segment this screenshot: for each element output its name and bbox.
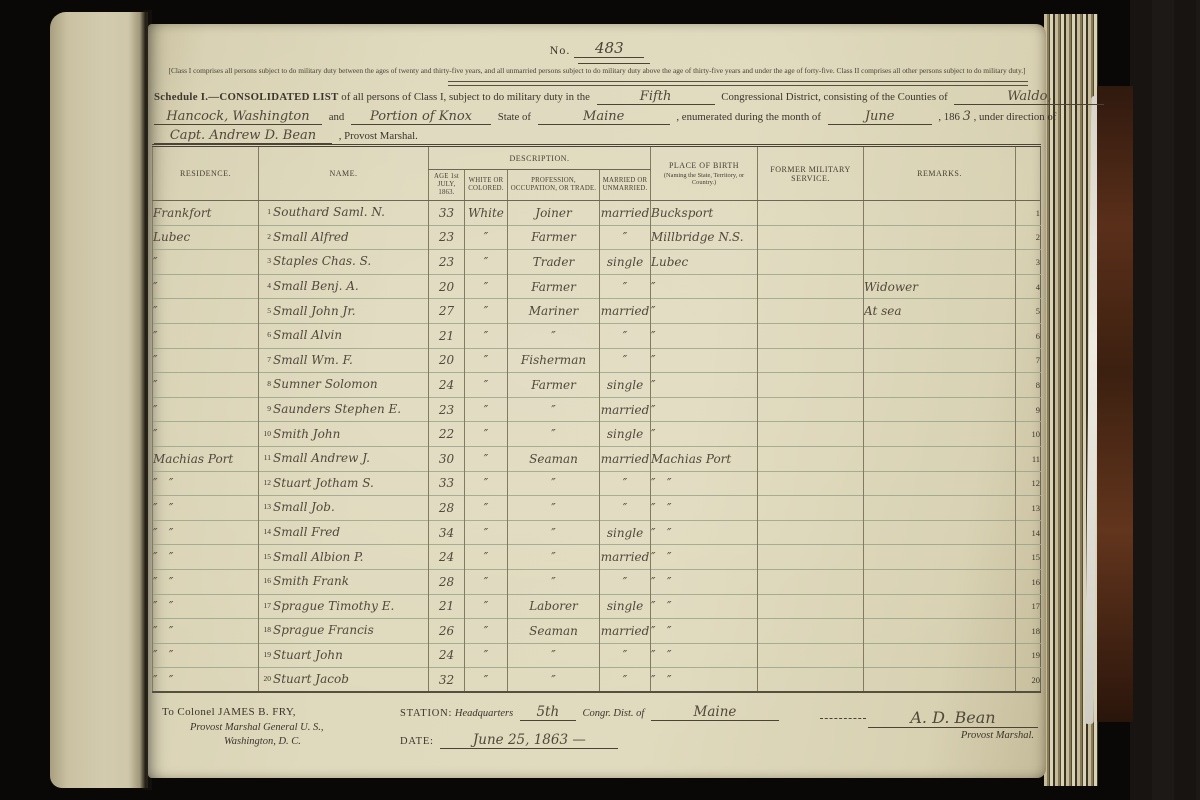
book-cover-shadow [1130, 0, 1200, 800]
station-state-handwritten: Maine [651, 704, 779, 721]
color-cell: ″ [465, 496, 508, 521]
rownum-cell: 4 [1016, 274, 1041, 299]
roster-table-wrap: RESIDENCE. NAME. DESCRIPTION. PLACE OF B… [152, 144, 1042, 693]
rownum-cell: 16 [1016, 569, 1041, 594]
name-cell: 11Small Andrew J. [259, 446, 429, 471]
row-number-prefix: 7 [259, 355, 271, 364]
roster-row: ″ ″18Sprague Francis26″Seamanmarried″ ″1… [153, 619, 1041, 644]
married-cell: ″ [600, 643, 651, 668]
date-handwritten: June 25, 1863 — [440, 732, 618, 749]
roster-row: ″ ″19Stuart John24″″″″ ″19 [153, 643, 1041, 668]
roster-row: ″10Smith John22″″single″10 [153, 422, 1041, 447]
date-line: DATE: June 25, 1863 — [400, 732, 622, 749]
married-cell: ″ [600, 274, 651, 299]
military-cell [758, 348, 864, 373]
age-cell: 22 [429, 422, 465, 447]
roster-row: ″4Small Benj. A.20″Farmer″″Widower4 [153, 274, 1041, 299]
row-number-prefix: 13 [259, 502, 271, 511]
rownum-cell: 17 [1016, 594, 1041, 619]
birthplace-cell: ″ [651, 373, 758, 398]
age-cell: 23 [429, 225, 465, 250]
date-label: DATE: [400, 736, 434, 747]
signature-block: A. D. Bean Provost Marshal. [794, 708, 1038, 741]
married-cell: single [600, 422, 651, 447]
birthplace-cell: ″ [651, 397, 758, 422]
provost-marshal-label: , Provost Marshal. [339, 130, 418, 142]
profession-cell: ″ [508, 496, 600, 521]
residence-cell: ″ [153, 348, 259, 373]
roster-row: ″ ″13Small Job.28″″″″ ″13 [153, 496, 1041, 521]
military-cell [758, 643, 864, 668]
residence-cell: ″ ″ [153, 520, 259, 545]
and-label: and [329, 111, 345, 123]
name-cell: 18Sprague Francis [259, 619, 429, 644]
profession-cell: Laborer [508, 594, 600, 619]
name-text: Small Albion P. [273, 550, 364, 564]
married-cell: ″ [600, 471, 651, 496]
name-cell: 10Smith John [259, 422, 429, 447]
color-cell: ″ [465, 619, 508, 644]
age-cell: 32 [429, 668, 465, 693]
signature-title: Provost Marshal. [794, 730, 1034, 741]
profession-cell: Farmer [508, 274, 600, 299]
schedule-title: Schedule I.—CONSOLIDATED LIST [154, 91, 339, 103]
roster-table: RESIDENCE. NAME. DESCRIPTION. PLACE OF B… [152, 144, 1041, 693]
military-cell [758, 594, 864, 619]
residence-cell: ″ [153, 250, 259, 275]
age-cell: 24 [429, 643, 465, 668]
book-cover-strip [1097, 86, 1133, 722]
name-cell: 16Smith Frank [259, 569, 429, 594]
counties-handwritten: Hancock, Washington [154, 110, 322, 125]
name-text: Sumner Solomon [273, 377, 378, 391]
name-cell: 17Sprague Timothy E. [259, 594, 429, 619]
roster-row: ″7Small Wm. F.20″Fisherman″″7 [153, 348, 1041, 373]
age-cell: 34 [429, 520, 465, 545]
state-handwritten: Maine [538, 110, 670, 125]
name-cell: 9Saunders Stephen E. [259, 397, 429, 422]
schedule-text-1: of all persons of Class I, subject to do… [341, 91, 590, 103]
name-cell: 12Stuart Jotham S. [259, 471, 429, 496]
no-underline [578, 63, 651, 64]
name-text: Stuart John [273, 648, 343, 662]
age-cell: 26 [429, 619, 465, 644]
name-text: Southard Saml. N. [273, 205, 385, 219]
name-text: Smith John [273, 427, 340, 441]
decorative-double-rule [448, 81, 1028, 86]
col-header-residence: RESIDENCE. [153, 146, 259, 201]
color-cell: ″ [465, 250, 508, 275]
roster-row: ″6Small Alvin21″″″″6 [153, 323, 1041, 348]
rownum-cell: 1 [1016, 201, 1041, 226]
married-cell: married [600, 446, 651, 471]
signature-handwritten: A. D. Bean [868, 708, 1038, 728]
remarks-cell: Widower [864, 274, 1016, 299]
name-cell: 3Staples Chas. S. [259, 250, 429, 275]
rownum-cell: 7 [1016, 348, 1041, 373]
roster-row: ″5Small John Jr.27″Marinermarried″At sea… [153, 299, 1041, 324]
birthplace-cell: ″ [651, 323, 758, 348]
name-text: Stuart Jacob [273, 672, 349, 686]
age-cell: 28 [429, 569, 465, 594]
county-first-handwritten: Waldo, [954, 90, 1104, 105]
remarks-cell [864, 569, 1016, 594]
name-text: Small Job. [273, 500, 335, 514]
residence-cell: Lubec [153, 225, 259, 250]
military-cell [758, 520, 864, 545]
birthplace-cell: ″ ″ [651, 643, 758, 668]
portion-handwritten: Portion of Knox [351, 110, 491, 125]
profession-cell: ″ [508, 323, 600, 348]
residence-cell: ″ ″ [153, 594, 259, 619]
class-definition-note: [Class I comprises all persons subject t… [152, 66, 1042, 75]
name-text: Small Fred [273, 525, 340, 539]
col-header-profession: PROFESSION, OCCUPATION, OR TRADE. [508, 170, 600, 201]
rownum-cell: 9 [1016, 397, 1041, 422]
age-cell: 23 [429, 397, 465, 422]
rownum-cell: 2 [1016, 225, 1041, 250]
row-number-prefix: 3 [259, 256, 271, 265]
military-cell [758, 274, 864, 299]
rownum-cell: 13 [1016, 496, 1041, 521]
name-cell: 14Small Fred [259, 520, 429, 545]
military-cell [758, 299, 864, 324]
page-number-block: No. 483 [148, 40, 1046, 59]
addressee-block: To Colonel JAMES B. FRY, Provost Marshal… [162, 706, 323, 747]
schedule-heading: Schedule I.—CONSOLIDATED LIST of all per… [154, 88, 1040, 146]
roster-row: Lubec2Small Alfred23″Farmer″Millbridge N… [153, 225, 1041, 250]
col-header-description-group: DESCRIPTION. [429, 146, 651, 170]
profession-cell: ″ [508, 668, 600, 693]
color-cell: ″ [465, 348, 508, 373]
name-text: Saunders Stephen E. [273, 402, 401, 416]
profession-cell: ″ [508, 569, 600, 594]
rownum-cell: 3 [1016, 250, 1041, 275]
age-cell: 23 [429, 250, 465, 275]
rownum-cell: 14 [1016, 520, 1041, 545]
profession-cell: Trader [508, 250, 600, 275]
profession-cell: Seaman [508, 446, 600, 471]
color-cell: ″ [465, 323, 508, 348]
military-cell [758, 201, 864, 226]
row-number-prefix: 9 [259, 404, 271, 413]
name-cell: 13Small Job. [259, 496, 429, 521]
birthplace-header-main: PLACE OF BIRTH [669, 161, 739, 170]
remarks-cell [864, 619, 1016, 644]
profession-cell: Mariner [508, 299, 600, 324]
name-text: Small Benj. A. [273, 279, 359, 293]
remarks-cell [864, 397, 1016, 422]
military-cell [758, 373, 864, 398]
row-number-prefix: 6 [259, 330, 271, 339]
rownum-cell: 10 [1016, 422, 1041, 447]
roster-row: ″ ″14Small Fred34″″single″ ″14 [153, 520, 1041, 545]
married-cell: single [600, 373, 651, 398]
name-text: Small Alfred [273, 230, 349, 244]
row-number-prefix: 17 [259, 601, 271, 610]
col-header-remarks: REMARKS. [864, 146, 1016, 201]
col-header-age: AGE 1st JULY, 1863. [429, 170, 465, 201]
name-text: Stuart Jotham S. [273, 476, 374, 490]
roster-row: ″3Staples Chas. S.23″TradersingleLubec3 [153, 250, 1041, 275]
name-cell: 7Small Wm. F. [259, 348, 429, 373]
row-number-prefix: 20 [259, 674, 271, 683]
name-text: Staples Chas. S. [273, 254, 371, 268]
birthplace-cell: ″ ″ [651, 520, 758, 545]
profession-cell: ″ [508, 422, 600, 447]
roster-row: ″ ″20Stuart Jacob32″″″″ ″20 [153, 668, 1041, 693]
name-text: Small Alvin [273, 328, 342, 342]
previous-page-edge [50, 12, 148, 788]
row-number-prefix: 5 [259, 306, 271, 315]
profession-cell: Fisherman [508, 348, 600, 373]
profession-cell: ″ [508, 397, 600, 422]
profession-cell: Joiner [508, 201, 600, 226]
birthplace-cell: ″ ″ [651, 471, 758, 496]
schedule-text-3: , enumerated during the month of [676, 111, 821, 123]
row-number-prefix: 11 [259, 453, 271, 462]
col-header-military: FORMER MILITARY SERVICE. [758, 146, 864, 201]
roster-row: ″ ″17Sprague Timothy E.21″Laborersingle″… [153, 594, 1041, 619]
addressee-line2: Provost Marshal General U. S., [190, 722, 323, 733]
name-text: Small John Jr. [273, 304, 356, 318]
color-cell: ″ [465, 299, 508, 324]
remarks-cell [864, 545, 1016, 570]
birthplace-header-sub: (Naming the State, Territory, or Country… [651, 172, 757, 186]
married-cell: married [600, 299, 651, 324]
row-number-prefix: 4 [259, 281, 271, 290]
col-header-color: WHITE OR COLORED. [465, 170, 508, 201]
name-cell: 15Small Albion P. [259, 545, 429, 570]
row-number-prefix: 16 [259, 576, 271, 585]
name-text: Sprague Francis [273, 623, 374, 637]
year-digit-handwritten: 3 [963, 109, 971, 124]
schedule-text-4: , under direction of [974, 111, 1057, 123]
birthplace-cell: ″ ″ [651, 619, 758, 644]
name-cell: 2Small Alfred [259, 225, 429, 250]
row-number-prefix: 10 [259, 429, 271, 438]
remarks-cell [864, 323, 1016, 348]
married-cell: married [600, 397, 651, 422]
roster-row: ″8Sumner Solomon24″Farmersingle″8 [153, 373, 1041, 398]
month-handwritten: June [828, 110, 932, 125]
military-cell [758, 446, 864, 471]
rownum-cell: 8 [1016, 373, 1041, 398]
residence-cell: Frankfort [153, 201, 259, 226]
married-cell: married [600, 201, 651, 226]
age-cell: 33 [429, 201, 465, 226]
residence-cell: Machias Port [153, 446, 259, 471]
birthplace-cell: ″ ″ [651, 668, 758, 693]
married-cell: single [600, 250, 651, 275]
military-cell [758, 225, 864, 250]
age-cell: 20 [429, 274, 465, 299]
remarks-cell [864, 422, 1016, 447]
row-number-prefix: 1 [259, 207, 271, 216]
row-number-prefix: 18 [259, 625, 271, 634]
birthplace-cell: ″ [651, 422, 758, 447]
rownum-cell: 6 [1016, 323, 1041, 348]
military-cell [758, 397, 864, 422]
remarks-cell [864, 496, 1016, 521]
schedule-text-2: Congressional District, consisting of th… [721, 91, 947, 103]
color-cell: ″ [465, 520, 508, 545]
station-label: STATION: [400, 708, 452, 719]
profession-cell: ″ [508, 520, 600, 545]
residence-cell: ″ [153, 299, 259, 324]
remarks-cell: At sea [864, 299, 1016, 324]
age-cell: 21 [429, 594, 465, 619]
color-cell: ″ [465, 545, 508, 570]
color-cell: ″ [465, 274, 508, 299]
color-cell: ″ [465, 446, 508, 471]
schedule-heading-line1: Schedule I.—CONSOLIDATED LIST of all per… [154, 88, 1040, 107]
col-header-married: MARRIED OR UNMARRIED. [600, 170, 651, 201]
name-cell: 8Sumner Solomon [259, 373, 429, 398]
row-number-prefix: 2 [259, 232, 271, 241]
roster-row: ″ ″12Stuart Jotham S.33″″″″ ″12 [153, 471, 1041, 496]
station-district-handwritten: 5th [520, 704, 576, 721]
station-printed2: Congr. Dist. of [582, 708, 644, 719]
birthplace-cell: ″ ″ [651, 545, 758, 570]
military-cell [758, 250, 864, 275]
ledger-page: No. 483 [Class I comprises all persons s… [148, 24, 1046, 778]
roster-header: RESIDENCE. NAME. DESCRIPTION. PLACE OF B… [153, 146, 1041, 201]
residence-cell: ″ ″ [153, 668, 259, 693]
name-cell: 1Southard Saml. N. [259, 201, 429, 226]
remarks-cell [864, 348, 1016, 373]
remarks-cell [864, 225, 1016, 250]
name-text: Small Wm. F. [273, 353, 353, 367]
rownum-cell: 20 [1016, 668, 1041, 693]
birthplace-cell: Machias Port [651, 446, 758, 471]
color-cell: ″ [465, 471, 508, 496]
birthplace-cell: Lubec [651, 250, 758, 275]
col-header-rownum [1016, 146, 1041, 201]
military-cell [758, 619, 864, 644]
residence-cell: ″ ″ [153, 545, 259, 570]
name-cell: 5Small John Jr. [259, 299, 429, 324]
military-cell [758, 668, 864, 693]
remarks-cell [864, 471, 1016, 496]
addressee-line1: To Colonel JAMES B. FRY, [162, 706, 323, 718]
color-cell: ″ [465, 225, 508, 250]
color-cell: ″ [465, 422, 508, 447]
remarks-cell [864, 373, 1016, 398]
residence-cell: ″ ″ [153, 496, 259, 521]
year-printed: , 186 [938, 111, 960, 123]
roster-row: Machias Port11Small Andrew J.30″Seamanma… [153, 446, 1041, 471]
military-cell [758, 569, 864, 594]
rownum-cell: 18 [1016, 619, 1041, 644]
col-header-name: NAME. [259, 146, 429, 201]
state-label: State of [498, 111, 531, 123]
name-text: Smith Frank [273, 574, 349, 588]
roster-row: ″ ″16Smith Frank28″″″″ ″16 [153, 569, 1041, 594]
profession-cell: ″ [508, 643, 600, 668]
profession-cell: Farmer [508, 225, 600, 250]
remarks-cell [864, 520, 1016, 545]
rownum-cell: 15 [1016, 545, 1041, 570]
age-cell: 28 [429, 496, 465, 521]
marshal-name-handwritten: Capt. Andrew D. Bean [154, 129, 332, 144]
remarks-cell [864, 446, 1016, 471]
age-cell: 24 [429, 373, 465, 398]
married-cell: married [600, 619, 651, 644]
color-cell: ″ [465, 594, 508, 619]
remarks-cell [864, 594, 1016, 619]
birthplace-cell: ″ ″ [651, 594, 758, 619]
color-cell: ″ [465, 397, 508, 422]
remarks-cell [864, 250, 1016, 275]
remarks-cell [864, 643, 1016, 668]
addressee-line3: Washington, D. C. [224, 736, 323, 747]
color-cell: ″ [465, 373, 508, 398]
residence-cell: ″ [153, 373, 259, 398]
schedule-heading-line2: Hancock, Washington and Portion of Knox … [154, 107, 1040, 127]
roster-row: ″9Saunders Stephen E.23″″married″9 [153, 397, 1041, 422]
residence-cell: ″ [153, 323, 259, 348]
age-cell: 20 [429, 348, 465, 373]
row-number-prefix: 14 [259, 527, 271, 536]
birthplace-cell: Bucksport [651, 201, 758, 226]
military-cell [758, 545, 864, 570]
rownum-cell: 19 [1016, 643, 1041, 668]
age-cell: 24 [429, 545, 465, 570]
signature-leader-dashes [820, 718, 866, 719]
row-number-prefix: 19 [259, 650, 271, 659]
name-cell: 19Stuart John [259, 643, 429, 668]
married-cell: single [600, 520, 651, 545]
age-cell: 33 [429, 471, 465, 496]
residence-cell: ″ [153, 397, 259, 422]
name-text: Sprague Timothy E. [273, 599, 394, 613]
remarks-cell [864, 668, 1016, 693]
roster-body: Frankfort1Southard Saml. N.33WhiteJoiner… [153, 201, 1041, 693]
military-cell [758, 471, 864, 496]
residence-cell: ″ ″ [153, 619, 259, 644]
row-number-prefix: 15 [259, 552, 271, 561]
rownum-cell: 5 [1016, 299, 1041, 324]
row-number-prefix: 8 [259, 379, 271, 388]
station-line: STATION: Headquarters 5th Congr. Dist. o… [400, 704, 783, 721]
military-cell [758, 496, 864, 521]
married-cell: ″ [600, 225, 651, 250]
residence-cell: ″ [153, 274, 259, 299]
color-cell: ″ [465, 668, 508, 693]
military-cell [758, 422, 864, 447]
birthplace-cell: Millbridge N.S. [651, 225, 758, 250]
remarks-cell [864, 201, 1016, 226]
district-handwritten: Fifth [597, 90, 715, 105]
married-cell: single [600, 594, 651, 619]
married-cell: ″ [600, 348, 651, 373]
no-label: No. [550, 43, 571, 57]
profession-cell: Farmer [508, 373, 600, 398]
married-cell: ″ [600, 668, 651, 693]
color-cell: ″ [465, 569, 508, 594]
col-header-birthplace: PLACE OF BIRTH (Naming the State, Territ… [651, 146, 758, 201]
birthplace-cell: ″ ″ [651, 496, 758, 521]
name-cell: 6Small Alvin [259, 323, 429, 348]
birthplace-cell: ″ ″ [651, 569, 758, 594]
age-cell: 30 [429, 446, 465, 471]
profession-cell: ″ [508, 545, 600, 570]
rownum-cell: 11 [1016, 446, 1041, 471]
birthplace-cell: ″ [651, 274, 758, 299]
birthplace-cell: ″ [651, 348, 758, 373]
residence-cell: ″ ″ [153, 643, 259, 668]
